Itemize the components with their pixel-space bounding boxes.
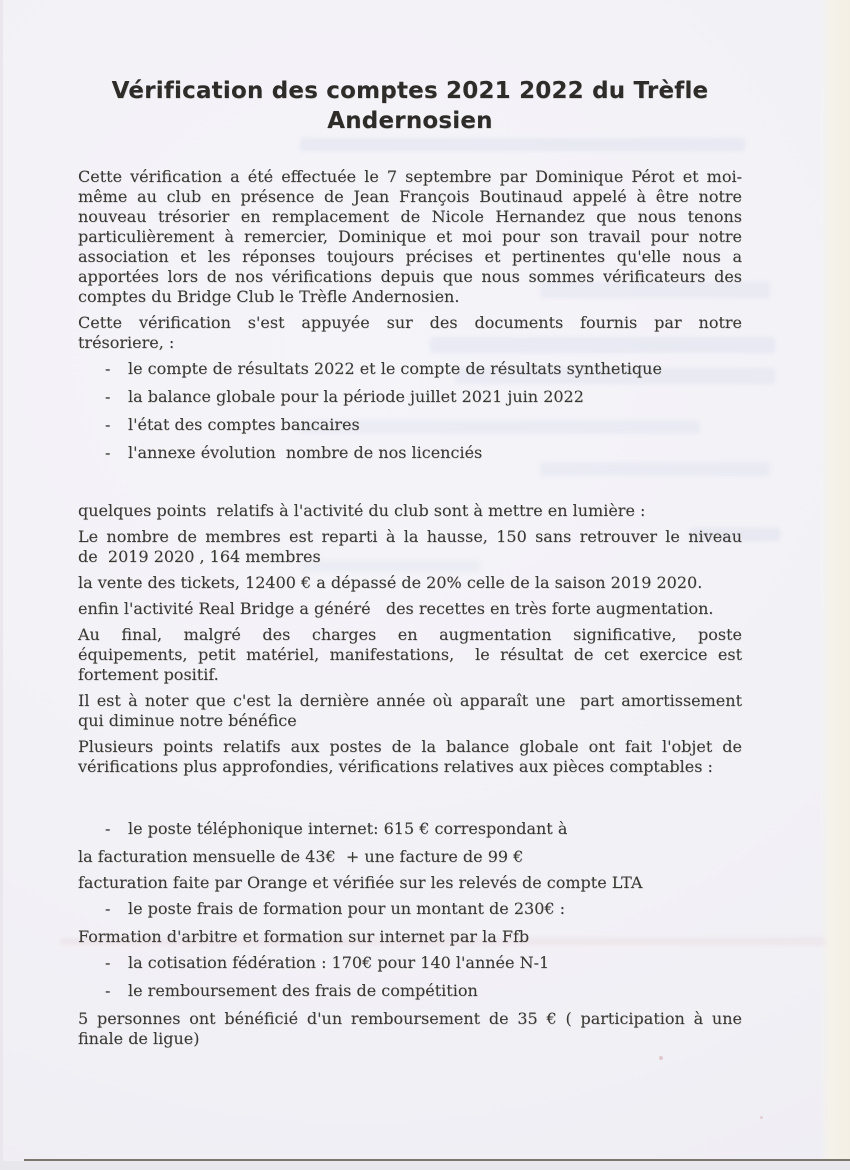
text-line: 5 personnes ont bénéficié d'un rembourse… [78,1009,742,1029]
text-line: Formation d'arbitre et formation sur int… [78,927,742,947]
paragraph: Cette vérification s'est appuyée sur des… [78,313,742,353]
paper-speck [659,1056,663,1060]
bullet-dash-icon: - [105,899,128,919]
text-line: quelques points relatifs à l'activité du… [78,501,742,521]
paper-speck [760,1116,763,1119]
text-line: trésoriere, : [78,333,742,353]
paragraph: quelques points relatifs à l'activité du… [78,501,742,521]
document-title: Vérification des comptes 2021 2022 du Tr… [78,76,742,136]
text-line: qui diminue notre bénéfice [78,711,742,731]
paper-left-edge [0,0,3,1170]
paragraph: Cette vérification a été effectuée le 7 … [78,167,742,307]
paragraph: enfin l'activité Real Bridge a généré de… [78,599,742,619]
bullet-dash-icon: - [105,415,128,435]
bullet-item: -le compte de résultats 2022 et le compt… [78,359,742,379]
paragraph: Formation d'arbitre et formation sur int… [78,927,742,947]
text-line: nouveau trésorier en remplacement de Nic… [78,207,742,227]
document-title-line1: Vérification des comptes 2021 2022 du Tr… [78,76,742,106]
document-title-line2: Andernosien [78,106,742,136]
bullet-dash-icon: - [105,981,128,1001]
text-line: équipements, petit matériel, manifestati… [78,645,742,665]
bullet-dash-icon: - [105,953,128,973]
paragraph: Le nombre de membres est reparti à la ha… [78,527,742,567]
paragraph: Il est à noter que c'est la dernière ann… [78,691,742,731]
text-line: particulièrement à remercier, Dominique … [78,227,742,247]
bullet-text: le remboursement des frais de compétitio… [128,981,478,1001]
bullet-text: l'état des comptes bancaires [128,415,360,435]
paragraph: 5 personnes ont bénéficié d'un rembourse… [78,1009,742,1049]
text-line: Au final, malgré des charges en augmenta… [78,625,742,645]
bullet-dash-icon: - [105,819,128,839]
text-line: fortement positif. [78,665,742,685]
scanned-document-page: Vérification des comptes 2021 2022 du Tr… [0,0,850,1170]
text-line: apportées lors de nos vérifications depu… [78,267,742,287]
bullet-item: -le poste téléphonique internet: 615 € c… [78,819,742,839]
bullet-item: -l'état des comptes bancaires [78,415,742,435]
paragraph: la vente des tickets, 12400 € a dépassé … [78,573,742,593]
bullet-text: le compte de résultats 2022 et le compte… [128,359,662,379]
text-line: comptes du Bridge Club le Trèfle Anderno… [78,287,742,307]
text-line: facturation faite par Orange et vérifiée… [78,873,742,893]
bullet-item: -la cotisation fédération : 170€ pour 14… [78,953,742,973]
document-content: Vérification des comptes 2021 2022 du Tr… [78,76,742,1055]
scanner-background-strip [0,1161,850,1170]
text-line: de 2019 2020 , 164 membres [78,547,742,567]
bullet-dash-icon: - [105,387,128,407]
bullet-dash-icon: - [105,443,128,463]
text-line: la facturation mensuelle de 43€ + une fa… [78,847,742,867]
text-line: finale de ligue) [78,1029,742,1049]
spacer [78,471,742,501]
paragraph: la facturation mensuelle de 43€ + une fa… [78,847,742,867]
text-line: la vente des tickets, 12400 € a dépassé … [78,573,742,593]
text-line: Plusieurs points relatifs aux postes de … [78,737,742,757]
bullet-text: la cotisation fédération : 170€ pour 140… [128,953,549,973]
text-line: Il est à noter que c'est la dernière ann… [78,691,742,711]
document-body: Cette vérification a été effectuée le 7 … [78,167,742,1049]
text-line: association et les réponses toujours pré… [78,247,742,267]
bullet-item: -l'annexe évolution nombre de nos licenc… [78,443,742,463]
bullet-item: -la balance globale pour la période juil… [78,387,742,407]
text-line: Cette vérification s'est appuyée sur des… [78,313,742,333]
bullet-dash-icon: - [105,359,128,379]
bullet-text: le poste téléphonique internet: 615 € co… [128,819,567,839]
paper-right-edge [820,0,850,1170]
bullet-text: le poste frais de formation pour un mont… [128,899,565,919]
bullet-item: -le remboursement des frais de compétiti… [78,981,742,1001]
paragraph: Au final, malgré des charges en augmenta… [78,625,742,685]
paragraph: Plusieurs points relatifs aux postes de … [78,737,742,777]
bullet-text: l'annexe évolution nombre de nos licenci… [128,443,482,463]
text-line: Cette vérification a été effectuée le 7 … [78,167,742,187]
bullet-text: la balance globale pour la période juill… [128,387,584,407]
paragraph: facturation faite par Orange et vérifiée… [78,873,742,893]
spacer [78,783,742,819]
text-line: même au club en présence de Jean Françoi… [78,187,742,207]
text-line: enfin l'activité Real Bridge a généré de… [78,599,742,619]
bullet-item: -le poste frais de formation pour un mon… [78,899,742,919]
text-line: Le nombre de membres est reparti à la ha… [78,527,742,547]
text-line: vérifications plus approfondies, vérific… [78,757,742,777]
